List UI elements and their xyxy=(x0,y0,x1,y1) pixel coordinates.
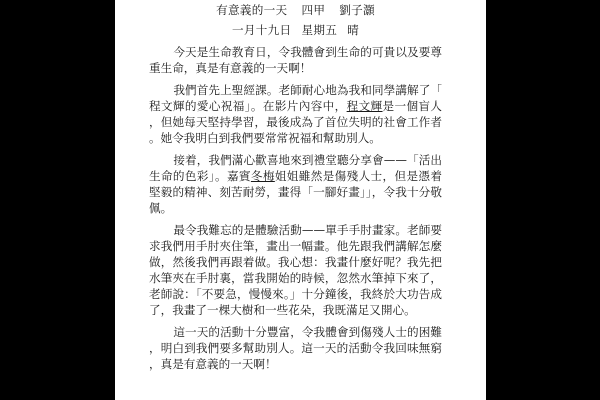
paragraph-text: 這一天的活動十分豐富，令我體會到傷殘人士的困難，明白到我們要多幫助別人。這一天的… xyxy=(149,325,442,371)
paragraph-5: 這一天的活動十分豐富，令我體會到傷殘人士的困難，明白到我們要多幫助別人。這一天的… xyxy=(149,324,442,372)
underlined-name: 程文輝 xyxy=(347,99,383,113)
date-line: 一月十九日 星期五 晴 xyxy=(149,22,442,38)
essay: 有意義的一天 四甲 劉子灝 一月十九日 星期五 晴 今天是生命教育日，令我體會到… xyxy=(149,2,442,378)
paragraph-4: 最令我難忘的是體驗活動——單手手肘畫家。老師要求我們用手肘夾住筆，畫出一幅畫。他… xyxy=(149,222,442,318)
essay-title: 有意義的一天 xyxy=(216,3,287,17)
essay-heading: 有意義的一天 四甲 劉子灝 xyxy=(149,2,442,18)
underlined-name: 冬梅 xyxy=(251,169,275,183)
author-name: 劉子灝 xyxy=(339,3,375,17)
paragraph-1: 今天是生命教育日，令我體會到生命的可貴以及要尊重生命，真是有意義的一天啊！ xyxy=(149,44,442,76)
weekday: 星期五 xyxy=(301,23,337,37)
paragraph-2: 我們首先上聖經課。老師耐心地為我和同學講解了「程文輝的愛心祝福」。在影片內容中，… xyxy=(149,82,442,146)
weather: 晴 xyxy=(347,23,359,37)
paragraph-3: 接着，我們滿心歡喜地來到禮堂聽分享會——「活出生命的色彩」。嘉賓冬梅姐姐雖然是傷… xyxy=(149,152,442,216)
paragraph-text: 今天是生命教育日，令我體會到生命的可貴以及要尊重生命，真是有意義的一天啊！ xyxy=(149,45,442,75)
document-page: 有意義的一天 四甲 劉子灝 一月十九日 星期五 晴 今天是生命教育日，令我體會到… xyxy=(115,0,486,400)
date: 一月十九日 xyxy=(232,23,291,37)
class-label: 四甲 xyxy=(301,3,325,17)
paragraph-text: 最令我難忘的是體驗活動——單手手肘畫家。老師要求我們用手肘夾住筆，畫出一幅畫。他… xyxy=(149,223,442,317)
